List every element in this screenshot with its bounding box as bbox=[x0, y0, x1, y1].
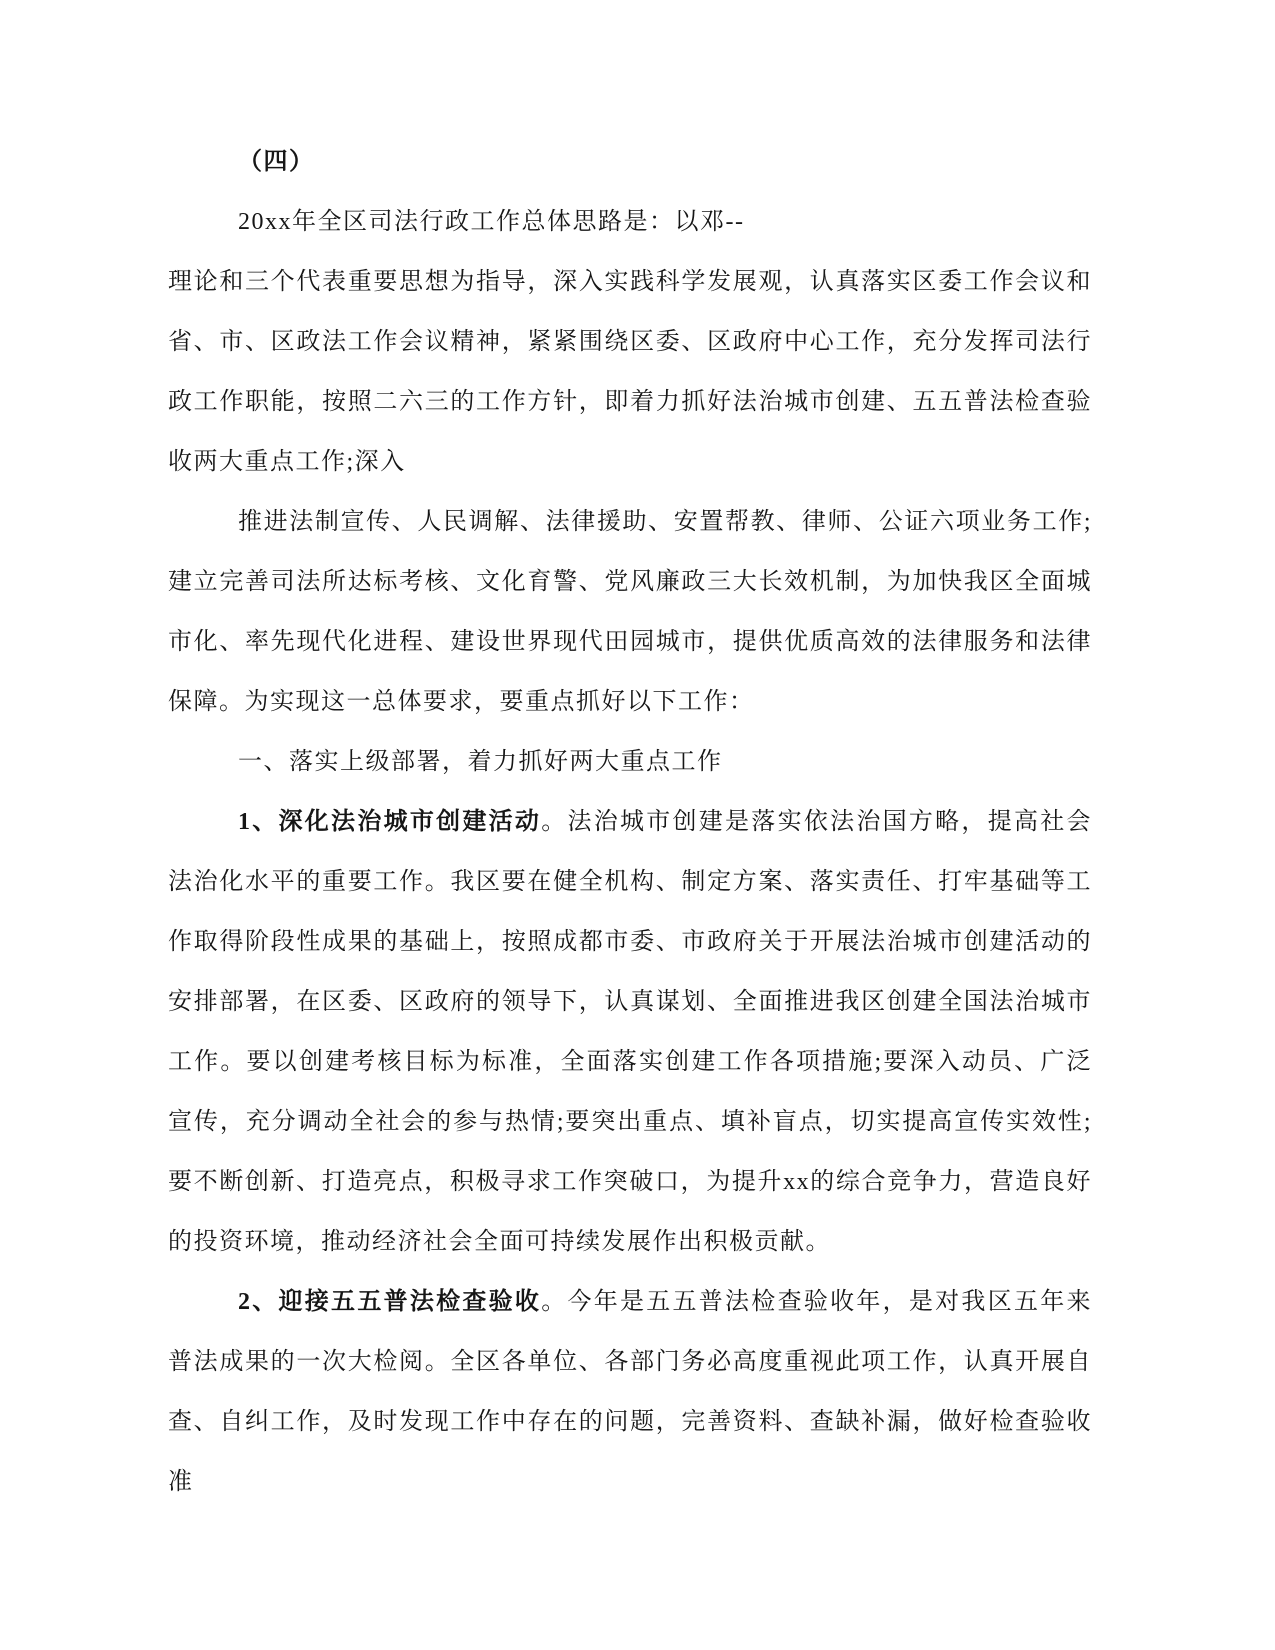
text-run: 理论和三个代表重要思想为指导，深入实践科学发展观，认真落实区委工作会议和省、市、… bbox=[168, 269, 1092, 475]
item-1-paragraph: 1、深化法治城市创建活动。法治城市创建是落实依法治国方略，提高社会法治化水平的重… bbox=[168, 792, 1092, 1272]
tasks-paragraph: 推进法制宣传、人民调解、法律援助、安置帮教、律师、公证六项业务工作;建立完善司法… bbox=[168, 492, 1092, 732]
document-page: （四）20xx年全区司法行政工作总体思路是：以邓--理论和三个代表重要思想为指导… bbox=[0, 0, 1275, 1650]
text-run-bold: （四） bbox=[238, 149, 315, 175]
section-one-heading: 一、落实上级部署，着力抓好两大重点工作 bbox=[168, 732, 1092, 792]
text-run: 推进法制宣传、人民调解、法律援助、安置帮教、律师、公证六项业务工作;建立完善司法… bbox=[168, 509, 1092, 715]
document-body: （四）20xx年全区司法行政工作总体思路是：以邓--理论和三个代表重要思想为指导… bbox=[168, 132, 1092, 1512]
item-2-paragraph: 2、迎接五五普法检查验收。今年是五五普法检查验收年，是对我区五年来普法成果的一次… bbox=[168, 1272, 1092, 1512]
text-run-bold: 2、迎接五五普法检查验收 bbox=[238, 1289, 541, 1315]
text-run: 。法治城市创建是落实依法治国方略，提高社会法治化水平的重要工作。我区要在健全机构… bbox=[168, 809, 1092, 1255]
text-run-bold: 1、深化法治城市创建活动 bbox=[238, 809, 541, 835]
text-run: 20xx年全区司法行政工作总体思路是：以邓-- bbox=[238, 209, 744, 235]
intro-paragraph: 20xx年全区司法行政工作总体思路是：以邓--理论和三个代表重要思想为指导，深入… bbox=[168, 192, 1092, 492]
section-heading: （四） bbox=[168, 132, 1092, 192]
text-run: 一、落实上级部署，着力抓好两大重点工作 bbox=[238, 749, 723, 775]
text-run: 。今年是五五普法检查验收年，是对我区五年来普法成果的一次大检阅。全区各单位、各部… bbox=[168, 1289, 1092, 1495]
